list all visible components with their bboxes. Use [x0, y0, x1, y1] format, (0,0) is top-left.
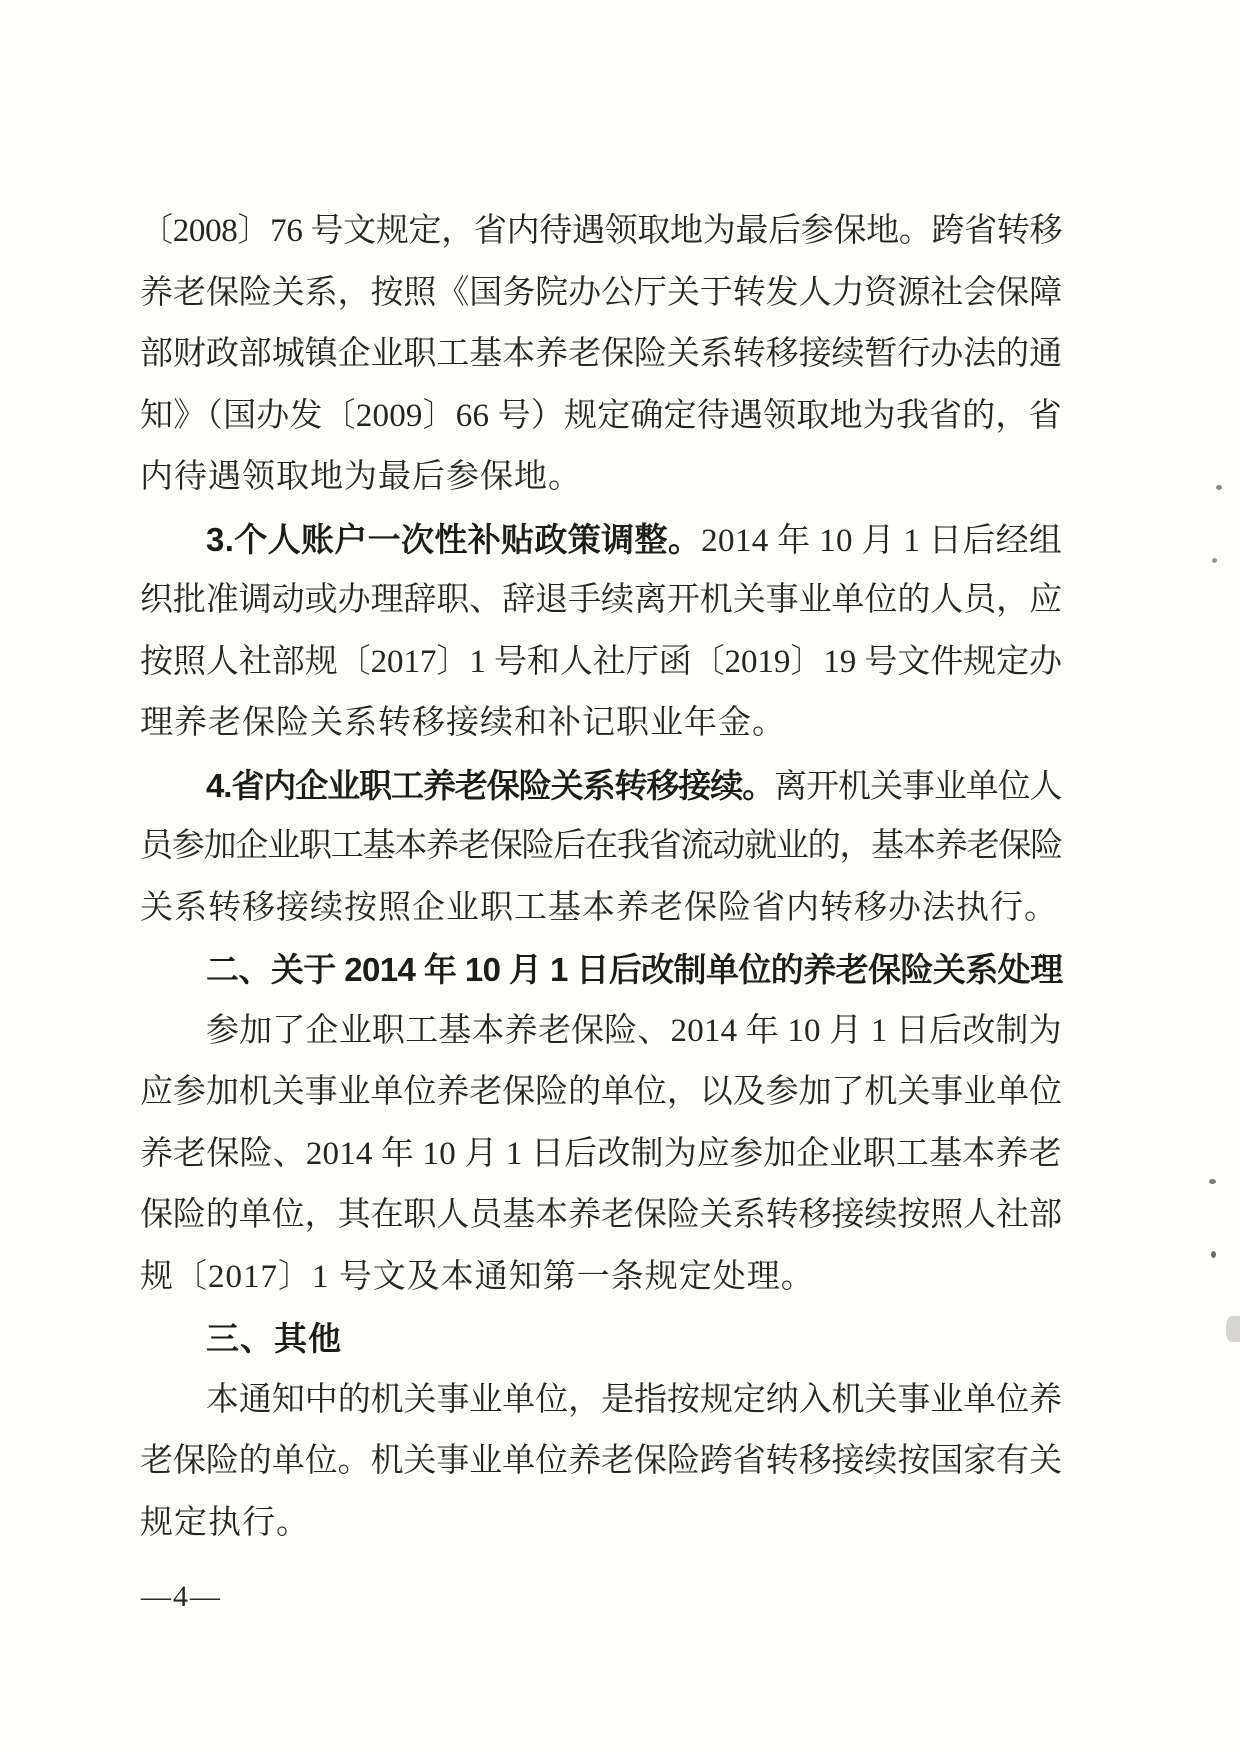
document-line: 养老保险关系，按照《国务院办公厅关于转发人力资源社会保障: [140, 263, 1062, 325]
document-line-text-segment: 关系转移接续按照企业职工基本养老保险省内转移办法执行。: [140, 890, 1058, 926]
document-line: 关系转移接续按照企业职工基本养老保险省内转移办法执行。: [140, 878, 1062, 940]
document-line: 知》（国办发〔2009〕66 号）规定确定待遇领取地为我省的，省: [140, 386, 1062, 448]
document-line-text-segment: 参加了企业职工基本养老保险、2014 年 10 月 1 日后改制为: [206, 1013, 1062, 1049]
document-line: 3.个人账户一次性补贴政策调整。2014 年 10 月 1 日后经组: [140, 509, 1062, 571]
document-line: 老保险的单位。机关事业单位养老保险跨省转移接续按国家有关: [140, 1431, 1062, 1493]
document-line-heading-segment: 二、关于 2014 年 10 月 1 日后改制单位的养老保险关系处理: [206, 951, 1062, 988]
document-line: 参加了企业职工基本养老保险、2014 年 10 月 1 日后改制为: [140, 1001, 1062, 1063]
document-line-text-segment: 保险的单位，其在职人员基本养老保险关系转移接续按照人社部: [140, 1197, 1062, 1233]
document-line: 二、关于 2014 年 10 月 1 日后改制单位的养老保险关系处理: [140, 939, 1062, 1001]
document-line: 4.省内企业职工养老保险关系转移接续。离开机关事业单位人: [140, 755, 1062, 817]
document-line: 规定执行。: [140, 1493, 1062, 1555]
document-line-text-segment: 养老保险、2014 年 10 月 1 日后改制为应参加企业职工基本养老: [140, 1136, 1062, 1172]
document-line-text-segment: 本通知中的机关事业单位，是指按规定纳入机关事业单位养: [206, 1382, 1062, 1418]
document-line-text-segment: 规定执行。: [140, 1505, 310, 1541]
document-line-text-segment: 按照人社部规〔2017〕1 号和人社厅函〔2019〕19 号文件规定办: [140, 644, 1062, 680]
document-line: 织批准调动或办理辞职、辞退手续离开机关事业单位的人员，应: [140, 570, 1062, 632]
document-line: 三、其他: [140, 1308, 1062, 1370]
page-number: —4—: [141, 1576, 222, 1618]
document-line: 理养老保险关系转移接续和补记职业年金。: [140, 693, 1062, 755]
document-line-text-segment: 员参加企业职工基本养老保险后在我省流动就业的，基本养老保险: [140, 828, 1062, 864]
scan-artifact-speck: [1216, 485, 1222, 490]
document-line: 应参加机关事业单位养老保险的单位，以及参加了机关事业单位: [140, 1062, 1062, 1124]
scan-artifact-speck: [1211, 1251, 1216, 1258]
document-line: 按照人社部规〔2017〕1 号和人社厅函〔2019〕19 号文件规定办: [140, 632, 1062, 694]
document-line-text-segment: 养老保险关系，按照《国务院办公厅关于转发人力资源社会保障: [140, 275, 1062, 311]
document-line-text-segment: 部财政部城镇企业职工基本养老保险关系转移接续暂行办法的通: [140, 336, 1062, 372]
document-line-heading-segment: 4.省内企业职工养老保险关系转移接续。: [206, 767, 774, 804]
document-line: 本通知中的机关事业单位，是指按规定纳入机关事业单位养: [140, 1370, 1062, 1432]
document-line-text-segment: 离开机关事业单位人: [774, 769, 1061, 805]
scan-artifact-speck: [1226, 1316, 1240, 1342]
document-line: 内待遇领取地为最后参保地。: [140, 447, 1062, 509]
document-body: 〔2008〕76 号文规定，省内待遇领取地为最后参保地。跨省转移养老保险关系，按…: [140, 201, 1062, 1554]
document-line-text-segment: 应参加机关事业单位养老保险的单位，以及参加了机关事业单位: [140, 1074, 1062, 1110]
document-line-text-segment: 内待遇领取地为最后参保地。: [140, 459, 582, 495]
scan-artifact-speck: [1212, 558, 1217, 563]
document-line-heading-segment: 三、其他: [206, 1320, 342, 1357]
document-line-text-segment: 2014 年 10 月 1 日后经组: [701, 523, 1062, 559]
document-line-text-segment: 知》（国办发〔2009〕66 号）规定确定待遇领取地为我省的，省: [140, 398, 1062, 434]
document-line: 员参加企业职工基本养老保险后在我省流动就业的，基本养老保险: [140, 816, 1062, 878]
document-line-text-segment: 织批准调动或办理辞职、辞退手续离开机关事业单位的人员，应: [140, 582, 1062, 618]
scanned-document-page: 〔2008〕76 号文规定，省内待遇领取地为最后参保地。跨省转移养老保险关系，按…: [0, 0, 1240, 1754]
document-line-text-segment: 理养老保险关系转移接续和补记职业年金。: [140, 705, 786, 741]
document-line-text-segment: 〔2008〕76 号文规定，省内待遇领取地为最后参保地。跨省转移: [140, 213, 1062, 249]
document-line: 部财政部城镇企业职工基本养老保险关系转移接续暂行办法的通: [140, 324, 1062, 386]
document-line-text-segment: 老保险的单位。机关事业单位养老保险跨省转移接续按国家有关: [140, 1443, 1062, 1479]
document-line-heading-segment: 3.个人账户一次性补贴政策调整。: [206, 521, 701, 558]
document-line: 〔2008〕76 号文规定，省内待遇领取地为最后参保地。跨省转移: [140, 201, 1062, 263]
document-line: 养老保险、2014 年 10 月 1 日后改制为应参加企业职工基本养老: [140, 1124, 1062, 1186]
document-line-text-segment: 规〔2017〕1 号文及本通知第一条规定处理。: [140, 1259, 815, 1295]
document-line: 保险的单位，其在职人员基本养老保险关系转移接续按照人社部: [140, 1185, 1062, 1247]
document-line: 规〔2017〕1 号文及本通知第一条规定处理。: [140, 1247, 1062, 1309]
scan-artifact-speck: [1209, 1179, 1216, 1184]
